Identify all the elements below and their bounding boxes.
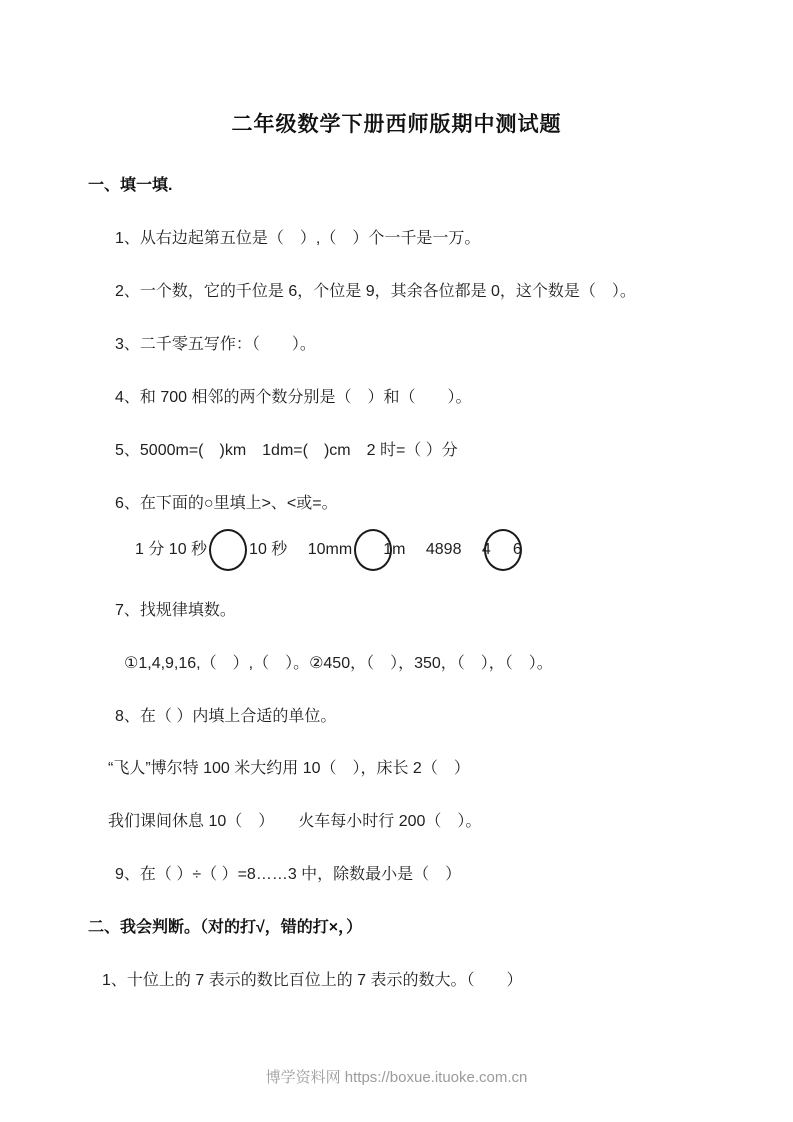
judge-question-1: 1、十位上的 7 表示的数比百位上的 7 表示的数大。（ ）	[102, 970, 793, 992]
footer-watermark: 博学资料网 https://boxue.ituoke.com.cn	[0, 1068, 793, 1088]
fill-question-1: 1、从右边起第五位是（ ）,（ ）个一千是一万。	[115, 228, 793, 250]
comparison-text-2: 10 秒 10mm	[249, 541, 352, 558]
fill-question-4: 4、和 700 相邻的两个数分别是（ ）和（ ）。	[115, 387, 793, 409]
page-title: 二年级数学下册西师版期中测试题	[0, 112, 793, 138]
unit-example-line-1: “飞人”博尔特 100 米大约用 10（ ），床长 2（ ）	[108, 758, 793, 780]
worksheet-page: 二年级数学下册西师版期中测试题 一、填一填. 1、从右边起第五位是（ ）,（ ）…	[0, 0, 793, 1122]
fill-question-3: 3、二千零五写作：（ ）。	[115, 334, 793, 356]
comparison-row: 1 分 10 秒10 秒 10mm1m 4898 46	[135, 529, 793, 571]
fill-question-6: 6、在下面的○里填上>、<或=。	[115, 493, 793, 515]
section-fill-heading: 一、填一填.	[88, 175, 793, 197]
unit-example-line-2: 我们课间休息 10（ ） 火车每小时行 200（ ）。	[108, 811, 793, 833]
comparison-text-4: 6	[513, 541, 522, 558]
comparison-text-1: 1 分 10 秒	[135, 541, 207, 558]
fill-question-9: 9、在（ ）÷（ ）=8……3 中，除数最小是（ ）	[115, 864, 793, 886]
comparison-circle-1	[209, 529, 247, 571]
section-judge-heading: 二、我会判断。（对的打√，错的打×，）	[88, 917, 793, 939]
fill-question-5: 5、5000m=( )km 1dm=( )cm 2 时=（ ）分	[115, 440, 793, 462]
fill-question-8: 8、在（ ）内填上合适的单位。	[115, 706, 793, 728]
fill-question-7: 7、找规律填数。	[115, 600, 793, 622]
fill-question-2: 2、一个数，它的千位是 6，个位是 9，其余各位都是 0，这个数是（ ）。	[115, 281, 793, 303]
comparison-text-3: 1m 4898 4	[383, 541, 491, 558]
pattern-fill-row: ①1,4,9,16,（ ）,（ ）。②450，（ ），350，（ ），（ ）。	[124, 653, 793, 675]
